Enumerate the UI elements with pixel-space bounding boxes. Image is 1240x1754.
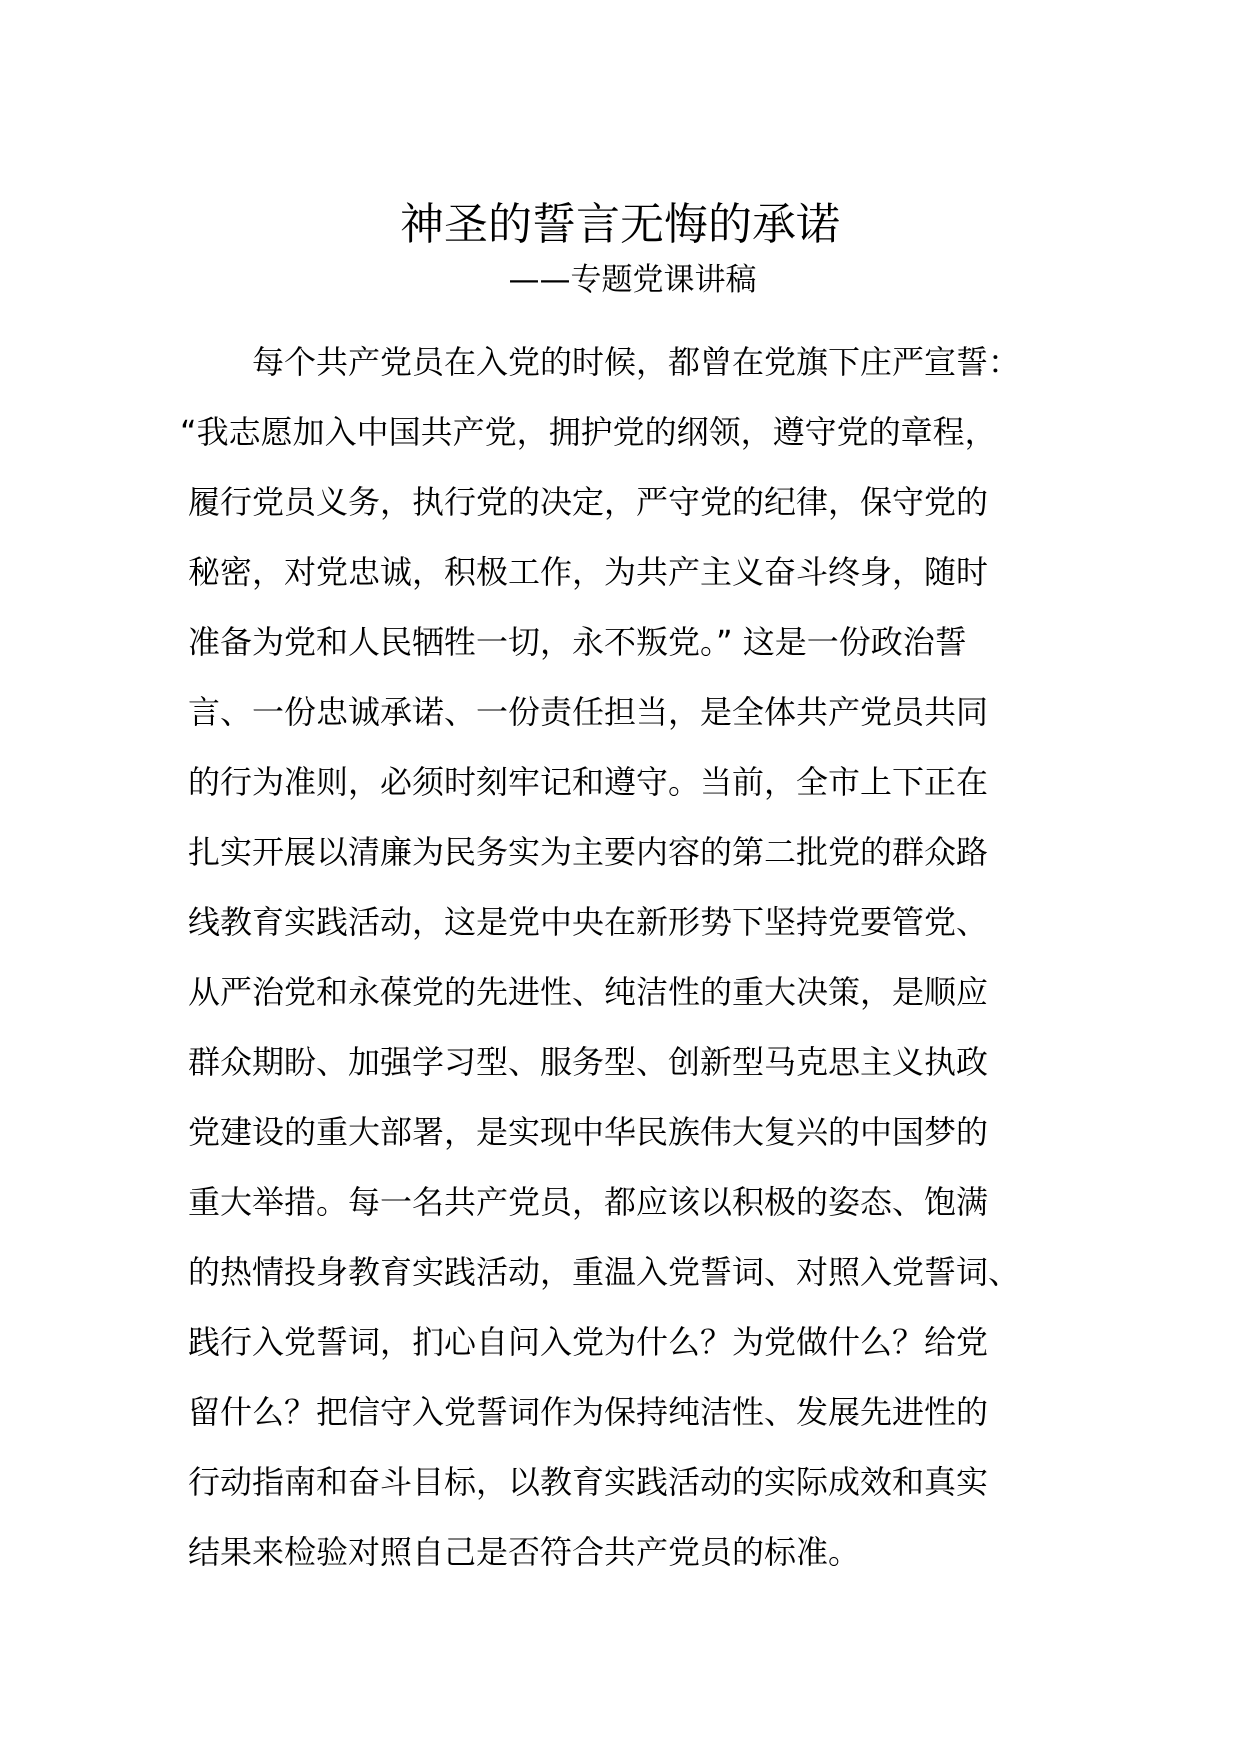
- paragraph-line: 从严治党和永葆党的先进性、纯洁性的重大决策，是顺应: [188, 970, 1068, 1040]
- paragraph-line: 留什么？把信守入党誓词作为保持纯洁性、发展先进性的: [188, 1390, 1068, 1460]
- paragraph-line: 践行入党誓词，扪心自问入党为什么？为党做什么？给党: [188, 1320, 1068, 1390]
- paragraph-line: 行动指南和奋斗目标，以教育实践活动的实际成效和真实: [188, 1460, 1068, 1530]
- paragraph-line: 重大举措。每一名共产党员，都应该以积极的姿态、饱满: [188, 1180, 1068, 1250]
- paragraph-line: 的热情投身教育实践活动，重温入党誓词、对照入党誓词、: [188, 1250, 1068, 1320]
- document-page: 神圣的誓言无悔的承诺 ——专题党课讲稿 每个共产党员在入党的时候，都曾在党旗下庄…: [0, 0, 1240, 1754]
- paragraph-line: 结果来检验对照自己是否符合共产党员的标准。: [188, 1530, 1068, 1600]
- paragraph-line: 党建设的重大部署，是实现中华民族伟大复兴的中国梦的: [188, 1110, 1068, 1180]
- body-paragraph: 每个共产党员在入党的时候，都曾在党旗下庄严宣誓： “我志愿加入中国共产党，拥护党…: [188, 340, 1068, 1600]
- document-title: 神圣的誓言无悔的承诺: [0, 195, 1240, 255]
- paragraph-line: “我志愿加入中国共产党，拥护党的纲领，遵守党的章程，: [180, 410, 1068, 480]
- paragraph-line: 言、一份忠诚承诺、一份责任担当，是全体共产党员共同: [188, 690, 1068, 760]
- paragraph-line: 秘密，对党忠诚，积极工作，为共产主义奋斗终身，随时: [188, 550, 1068, 620]
- paragraph-line: 扎实开展以清廉为民务实为主要内容的第二批党的群众路: [188, 830, 1068, 900]
- paragraph-line: 线教育实践活动，这是党中央在新形势下坚持党要管党、: [188, 900, 1068, 970]
- paragraph-line: 准备为党和人民牺牲一切，永不叛党。” 这是一份政治誓: [188, 620, 1068, 690]
- paragraph-line: 履行党员义务，执行党的决定，严守党的纪律，保守党的: [188, 480, 1068, 550]
- document-subtitle: ——专题党课讲稿: [0, 258, 1240, 302]
- paragraph-line: 群众期盼、加强学习型、服务型、创新型马克思主义执政: [188, 1040, 1068, 1110]
- paragraph-line: 每个共产党员在入党的时候，都曾在党旗下庄严宣誓：: [188, 340, 1068, 410]
- paragraph-line: 的行为准则，必须时刻牢记和遵守。当前，全市上下正在: [188, 760, 1068, 830]
